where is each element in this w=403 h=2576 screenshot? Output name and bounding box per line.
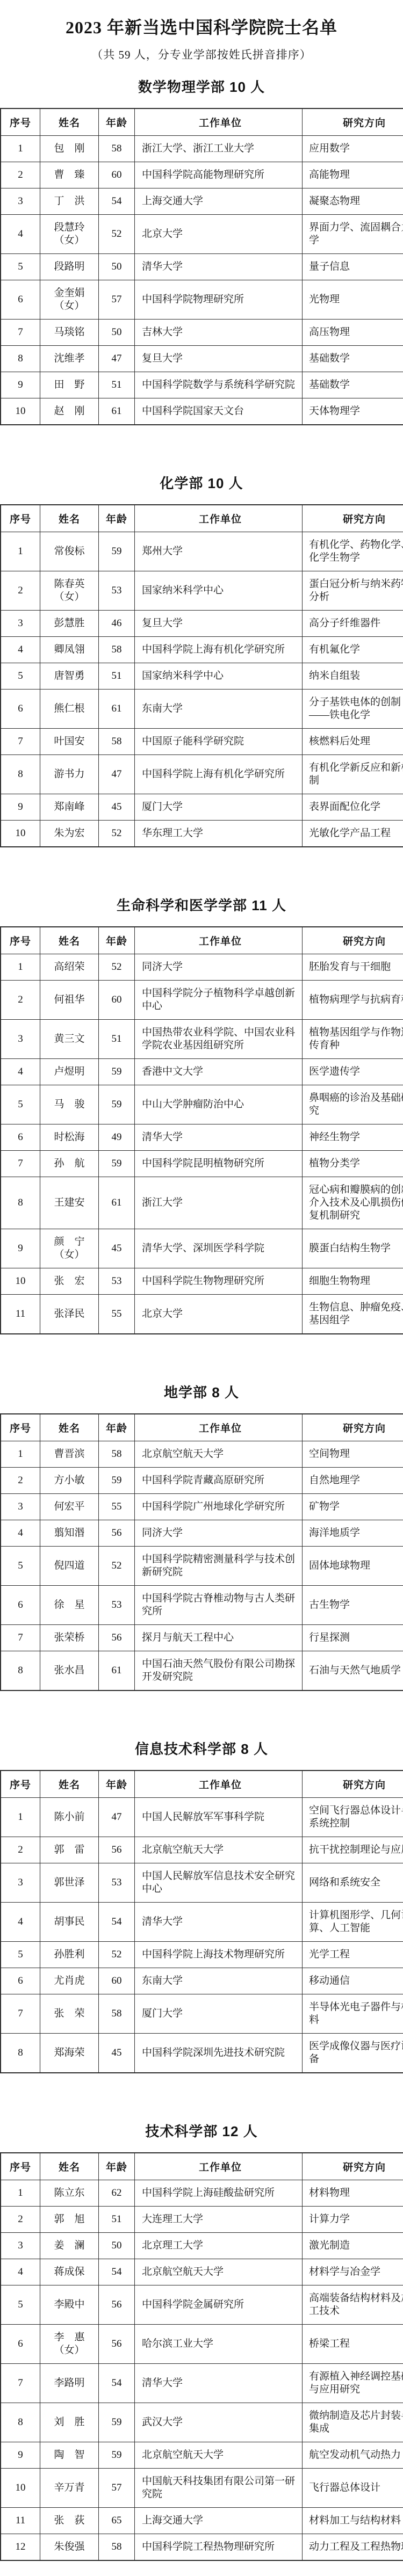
age-cell: 54 <box>99 188 135 215</box>
age-cell: 61 <box>99 1177 135 1229</box>
col-header-research: 研究方向 <box>303 108 403 136</box>
work-unit-cell: 华东理工大学 <box>135 821 303 847</box>
row-index-cell: 4 <box>1 637 40 663</box>
table-row: 5马 骏59中山大学肿瘤防治中心鼻咽癌的诊治及基础研究 <box>1 1085 403 1124</box>
research-field-cell: 医学遗传学 <box>303 1059 403 1085</box>
work-unit-cell: 上海交通大学 <box>135 188 303 215</box>
work-unit-cell: 清华大学 <box>135 2364 303 2403</box>
name-cell: 张泽民 <box>40 1295 99 1334</box>
table-row: 5孙胜利52中国科学院上海技术物理研究所光学工程 <box>1 1942 403 1968</box>
research-field-cell: 半导体光电子器件与材料 <box>303 1994 403 2034</box>
earth-sciences-table: 序号 姓名 年龄 工作单位 研究方向 1曹晋滨58北京航空航天大学空间物理2方小… <box>0 1413 403 1691</box>
name-cell: 赵 刚 <box>40 398 99 425</box>
table-row: 3姜 澜50北京理工大学激光制造 <box>1 2233 403 2259</box>
age-cell: 60 <box>99 162 135 188</box>
research-field-cell: 基础数学 <box>303 372 403 398</box>
header-row: 序号 姓名 年龄 工作单位 研究方向 <box>1 927 403 954</box>
name-cell: 蒋成保 <box>40 2259 99 2285</box>
research-field-cell: 材料学与冶金学 <box>303 2259 403 2285</box>
table-row: 11张泽民55北京大学生物信息、肿瘤免疫、基因组学 <box>1 1295 403 1334</box>
name-cell: 卿凤翎 <box>40 637 99 663</box>
work-unit-cell: 北京大学 <box>135 1295 303 1334</box>
name-cell: 辛万青 <box>40 2469 99 2508</box>
table-row: 5段路明50清华大学量子信息 <box>1 254 403 280</box>
research-field-cell: 计算机图形学、几何计算、人工智能 <box>303 1903 403 1942</box>
name-cell: 高绍荣 <box>40 954 99 981</box>
row-index-cell: 4 <box>1 2259 40 2285</box>
work-unit-cell: 中国科学院高能物理研究所 <box>135 162 303 188</box>
research-field-cell: 移动通信 <box>303 1968 403 1994</box>
research-field-cell: 表界面配位化学 <box>303 794 403 821</box>
table-row: 7李路明54清华大学有源植入神经调控基础与应用研究 <box>1 2364 403 2403</box>
age-cell: 52 <box>99 1547 135 1586</box>
row-index-cell: 2 <box>1 1468 40 1494</box>
research-field-cell: 膜蛋白结构生物学 <box>303 1229 403 1268</box>
row-index-cell: 8 <box>1 346 40 372</box>
age-cell: 60 <box>99 981 135 1020</box>
name-cell: 尤肖虎 <box>40 1968 99 1994</box>
row-index-cell: 9 <box>1 794 40 821</box>
research-field-cell: 矿物学 <box>303 1494 403 1520</box>
table-row: 7叶国安58中国原子能科学研究院核燃料后处理 <box>1 729 403 755</box>
table-row: 7孙 航59中国科学院昆明植物研究所植物分类学 <box>1 1151 403 1177</box>
col-header-age: 年龄 <box>99 1414 135 1441</box>
table-row: 11张 荻65上海交通大学材料加工与结构材料 <box>1 2508 403 2534</box>
work-unit-cell: 中国热带农业科学院、中国农业科学院农业基因组研究所 <box>135 1020 303 1059</box>
name-cell: 段慧玲 （女） <box>40 215 99 254</box>
work-unit-cell: 哈尔滨工业大学 <box>135 2325 303 2364</box>
work-unit-cell: 中国科学院生物物理研究所 <box>135 1268 303 1295</box>
age-cell: 54 <box>99 1903 135 1942</box>
row-index-cell: 3 <box>1 1494 40 1520</box>
col-header-name: 姓名 <box>40 927 99 954</box>
row-index-cell: 2 <box>1 571 40 611</box>
work-unit-cell: 北京大学 <box>135 215 303 254</box>
age-cell: 65 <box>99 2508 135 2534</box>
research-field-cell: 鼻咽癌的诊治及基础研究 <box>303 1085 403 1124</box>
age-cell: 61 <box>99 1651 135 1691</box>
research-field-cell: 生物信息、肿瘤免疫、基因组学 <box>303 1295 403 1334</box>
research-field-cell: 古生物学 <box>303 1586 403 1625</box>
table-row: 6徐 星53中国科学院古脊椎动物与古人类研究所古生物学 <box>1 1586 403 1625</box>
name-cell: 马琰铭 <box>40 320 99 346</box>
research-field-cell: 冠心病和瓣膜病的创新介入技术及心肌损伤修复机制研究 <box>303 1177 403 1229</box>
work-unit-cell: 中国科学院上海有机化学研究所 <box>135 637 303 663</box>
research-field-cell: 蛋白冠分析与纳米药物分析 <box>303 571 403 611</box>
name-cell: 徐 星 <box>40 1586 99 1625</box>
research-field-cell: 植物病理学与抗病育种 <box>303 981 403 1020</box>
row-index-cell: 4 <box>1 1903 40 1942</box>
table-row: 9陶 智59北京航空航天大学航空发动机气动热力 <box>1 2442 403 2469</box>
research-field-cell: 行星探测 <box>303 1625 403 1651</box>
age-cell: 52 <box>99 821 135 847</box>
row-index-cell: 7 <box>1 729 40 755</box>
row-index-cell: 5 <box>1 2285 40 2325</box>
table-row: 4翦知湣56同济大学海洋地质学 <box>1 1520 403 1547</box>
name-cell: 郭世泽 <box>40 1863 99 1903</box>
table-row: 8游书力47中国科学院上海有机化学研究所有机化学新反应和新机制 <box>1 755 403 794</box>
research-field-cell: 网络和系统安全 <box>303 1863 403 1903</box>
col-header-index: 序号 <box>1 2153 40 2180</box>
age-cell: 60 <box>99 1968 135 1994</box>
work-unit-cell: 中国科学院金属研究所 <box>135 2285 303 2325</box>
row-index-cell: 8 <box>1 1177 40 1229</box>
age-cell: 53 <box>99 1863 135 1903</box>
header-row: 序号 姓名 年龄 工作单位 研究方向 <box>1 2153 403 2180</box>
age-cell: 61 <box>99 398 135 425</box>
row-index-cell: 5 <box>1 254 40 280</box>
age-cell: 57 <box>99 280 135 320</box>
table-row: 1包 刚58浙江大学、浙江工业大学应用数学 <box>1 136 403 162</box>
table-row: 4段慧玲 （女）52北京大学界面力学、流固耦合力学 <box>1 215 403 254</box>
name-cell: 熊仁根 <box>40 690 99 729</box>
table-row: 1常俊标59郑州大学有机化学、药物化学、化学生物学 <box>1 532 403 571</box>
page-subtitle: （共 59 人，分专业学部按姓氏拼音排序） <box>0 46 403 62</box>
work-unit-cell: 国家纳米科学中心 <box>135 663 303 690</box>
row-index-cell: 1 <box>1 532 40 571</box>
name-cell: 郑南峰 <box>40 794 99 821</box>
col-header-research: 研究方向 <box>303 1414 403 1441</box>
name-cell: 彭慧胜 <box>40 611 99 637</box>
section-technical-sciences: 技术科学部 12 人 序号 姓名 年龄 工作单位 研究方向 1陈立东62中国科学… <box>0 2121 403 2561</box>
section-title-life-medicine: 生命科学和医学学部 11 人 <box>0 895 403 915</box>
row-index-cell: 6 <box>1 280 40 320</box>
research-field-cell: 有机化学新反应和新机制 <box>303 755 403 794</box>
age-cell: 52 <box>99 215 135 254</box>
row-index-cell: 2 <box>1 1837 40 1863</box>
work-unit-cell: 中国科学院数学与系统科学研究院 <box>135 372 303 398</box>
name-cell: 黄三文 <box>40 1020 99 1059</box>
research-field-cell: 量子信息 <box>303 254 403 280</box>
age-cell: 54 <box>99 2364 135 2403</box>
work-unit-cell: 中国科学院国家天文台 <box>135 398 303 425</box>
work-unit-cell: 清华大学 <box>135 1903 303 1942</box>
research-field-cell: 医学成像仪器与医疗设备 <box>303 2034 403 2073</box>
table-row: 10朱为宏52华东理工大学光敏化学产品工程 <box>1 821 403 847</box>
row-index-cell: 4 <box>1 1059 40 1085</box>
section-chemistry: 化学部 10 人 序号 姓名 年龄 工作单位 研究方向 1常俊标59郑州大学有机… <box>0 473 403 847</box>
work-unit-cell: 浙江大学、浙江工业大学 <box>135 136 303 162</box>
age-cell: 58 <box>99 729 135 755</box>
col-header-name: 姓名 <box>40 2153 99 2180</box>
research-field-cell: 光学工程 <box>303 1942 403 1968</box>
age-cell: 59 <box>99 1085 135 1124</box>
table-row: 9颜 宁 （女）45清华大学、深圳医学科学院膜蛋白结构生物学 <box>1 1229 403 1268</box>
section-life-medicine: 生命科学和医学学部 11 人 序号 姓名 年龄 工作单位 研究方向 1高绍荣52… <box>0 895 403 1334</box>
age-cell: 50 <box>99 2233 135 2259</box>
name-cell: 朱为宏 <box>40 821 99 847</box>
col-header-name: 姓名 <box>40 1770 99 1798</box>
header-row: 序号 姓名 年龄 工作单位 研究方向 <box>1 108 403 136</box>
age-cell: 45 <box>99 794 135 821</box>
header-row: 序号 姓名 年龄 工作单位 研究方向 <box>1 1414 403 1441</box>
name-cell: 叶国安 <box>40 729 99 755</box>
age-cell: 51 <box>99 663 135 690</box>
work-unit-cell: 吉林大学 <box>135 320 303 346</box>
row-index-cell: 6 <box>1 1968 40 1994</box>
name-cell: 田 野 <box>40 372 99 398</box>
table-row: 2陈春英 （女）53国家纳米科学中心蛋白冠分析与纳米药物分析 <box>1 571 403 611</box>
col-header-name: 姓名 <box>40 108 99 136</box>
name-cell: 李路明 <box>40 2364 99 2403</box>
research-field-cell: 神经生物学 <box>303 1124 403 1151</box>
col-header-research: 研究方向 <box>303 2153 403 2180</box>
table-row: 2郭 旭51大连理工大学计算力学 <box>1 2207 403 2233</box>
row-index-cell: 4 <box>1 215 40 254</box>
table-row: 10张 宏53中国科学院生物物理研究所细胞生物物理 <box>1 1268 403 1295</box>
name-cell: 陈春英 （女） <box>40 571 99 611</box>
age-cell: 47 <box>99 1798 135 1837</box>
row-index-cell: 6 <box>1 1586 40 1625</box>
row-index-cell: 12 <box>1 2534 40 2561</box>
name-cell: 王建安 <box>40 1177 99 1229</box>
row-index-cell: 9 <box>1 2442 40 2469</box>
table-row: 5唐智勇51国家纳米科学中心纳米自组装 <box>1 663 403 690</box>
col-header-name: 姓名 <box>40 505 99 532</box>
age-cell: 52 <box>99 1942 135 1968</box>
research-field-cell: 微纳制造及芯片封装与集成 <box>303 2403 403 2442</box>
research-field-cell: 高能物理 <box>303 162 403 188</box>
table-row: 10赵 刚61中国科学院国家天文台天体物理学 <box>1 398 403 425</box>
age-cell: 51 <box>99 1020 135 1059</box>
work-unit-cell: 中国科学院物理研究所 <box>135 280 303 320</box>
work-unit-cell: 复旦大学 <box>135 346 303 372</box>
col-header-name: 姓名 <box>40 1414 99 1441</box>
name-cell: 游书力 <box>40 755 99 794</box>
page-title: 2023 年新当选中国科学院院士名单 <box>0 14 403 39</box>
age-cell: 59 <box>99 1059 135 1085</box>
research-field-cell: 高分子纤维器件 <box>303 611 403 637</box>
name-cell: 李殿中 <box>40 2285 99 2325</box>
work-unit-cell: 中国科学院深圳先进技术研究院 <box>135 2034 303 2073</box>
row-index-cell: 1 <box>1 1798 40 1837</box>
research-field-cell: 计算力学 <box>303 2207 403 2233</box>
name-cell: 马 骏 <box>40 1085 99 1124</box>
row-index-cell: 7 <box>1 1994 40 2034</box>
name-cell: 曹 臻 <box>40 162 99 188</box>
table-row: 6熊仁根61东南大学分子基铁电体的创制——铁电化学 <box>1 690 403 729</box>
age-cell: 57 <box>99 2469 135 2508</box>
name-cell: 何宏平 <box>40 1494 99 1520</box>
chemistry-table: 序号 姓名 年龄 工作单位 研究方向 1常俊标59郑州大学有机化学、药物化学、化… <box>0 504 403 847</box>
age-cell: 45 <box>99 1229 135 1268</box>
row-index-cell: 5 <box>1 1085 40 1124</box>
age-cell: 56 <box>99 2325 135 2364</box>
age-cell: 55 <box>99 1494 135 1520</box>
table-row: 4卢煜明59香港中文大学医学遗传学 <box>1 1059 403 1085</box>
research-field-cell: 分子基铁电体的创制——铁电化学 <box>303 690 403 729</box>
table-row: 9田 野51中国科学院数学与系统科学研究院基础数学 <box>1 372 403 398</box>
col-header-research: 研究方向 <box>303 505 403 532</box>
table-row: 4蒋成保54北京航空航天大学材料学与冶金学 <box>1 2259 403 2285</box>
col-header-age: 年龄 <box>99 927 135 954</box>
row-index-cell: 6 <box>1 1124 40 1151</box>
research-field-cell: 激光制造 <box>303 2233 403 2259</box>
work-unit-cell: 中山大学肿瘤防治中心 <box>135 1085 303 1124</box>
row-index-cell: 8 <box>1 2034 40 2073</box>
research-field-cell: 光物理 <box>303 280 403 320</box>
math-physics-table: 序号 姓名 年龄 工作单位 研究方向 1包 刚58浙江大学、浙江工业大学应用数学… <box>0 108 403 425</box>
col-header-index: 序号 <box>1 505 40 532</box>
name-cell: 朱俊强 <box>40 2534 99 2561</box>
section-title-chemistry: 化学部 10 人 <box>0 473 403 492</box>
work-unit-cell: 中国科学院广州地球化学研究所 <box>135 1494 303 1520</box>
name-cell: 翦知湣 <box>40 1520 99 1547</box>
work-unit-cell: 清华大学 <box>135 1124 303 1151</box>
name-cell: 段路明 <box>40 254 99 280</box>
research-field-cell: 有机化学、药物化学、化学生物学 <box>303 532 403 571</box>
row-index-cell: 4 <box>1 1520 40 1547</box>
work-unit-cell: 中国航天科技集团有限公司第一研究院 <box>135 2469 303 2508</box>
age-cell: 56 <box>99 1837 135 1863</box>
col-header-workunit: 工作单位 <box>135 927 303 954</box>
research-field-cell: 有机氟化学 <box>303 637 403 663</box>
col-header-age: 年龄 <box>99 108 135 136</box>
row-index-cell: 3 <box>1 188 40 215</box>
work-unit-cell: 中国科学院古脊椎动物与古人类研究所 <box>135 1586 303 1625</box>
age-cell: 54 <box>99 2259 135 2285</box>
age-cell: 52 <box>99 954 135 981</box>
work-unit-cell: 中国科学院分子植物科学卓越创新中心 <box>135 981 303 1020</box>
section-title-technical-sciences: 技术科学部 12 人 <box>0 2121 403 2140</box>
age-cell: 46 <box>99 611 135 637</box>
table-row: 2郭 雷56北京航空航天大学抗干扰控制理论与应用 <box>1 1837 403 1863</box>
age-cell: 58 <box>99 2534 135 2561</box>
row-index-cell: 8 <box>1 755 40 794</box>
age-cell: 61 <box>99 690 135 729</box>
name-cell: 郭 雷 <box>40 1837 99 1863</box>
name-cell: 张荣桥 <box>40 1625 99 1651</box>
research-field-cell: 高压物理 <box>303 320 403 346</box>
name-cell: 金奎娟 （女） <box>40 280 99 320</box>
row-index-cell: 3 <box>1 611 40 637</box>
name-cell: 何祖华 <box>40 981 99 1020</box>
age-cell: 49 <box>99 1124 135 1151</box>
age-cell: 51 <box>99 2207 135 2233</box>
age-cell: 56 <box>99 2285 135 2325</box>
work-unit-cell: 郑州大学 <box>135 532 303 571</box>
table-row: 3黄三文51中国热带农业科学院、中国农业科学院农业基因组研究所植物基因组学与作物… <box>1 1020 403 1059</box>
name-cell: 胡事民 <box>40 1903 99 1942</box>
work-unit-cell: 中国科学院工程热物理研究所 <box>135 2534 303 2561</box>
work-unit-cell: 清华大学 <box>135 254 303 280</box>
research-field-cell: 抗干扰控制理论与应用 <box>303 1837 403 1863</box>
table-row: 8王建安61浙江大学冠心病和瓣膜病的创新介入技术及心肌损伤修复机制研究 <box>1 1177 403 1229</box>
work-unit-cell: 厦门大学 <box>135 794 303 821</box>
col-header-index: 序号 <box>1 927 40 954</box>
row-index-cell: 1 <box>1 1441 40 1468</box>
name-cell: 陈小前 <box>40 1798 99 1837</box>
work-unit-cell: 香港中文大学 <box>135 1059 303 1085</box>
name-cell: 刘 胜 <box>40 2403 99 2442</box>
table-row: 2何祖华60中国科学院分子植物科学卓越创新中心植物病理学与抗病育种 <box>1 981 403 1020</box>
table-row: 1陈立东62中国科学院上海硅酸盐研究所材料物理 <box>1 2180 403 2207</box>
name-cell: 卢煜明 <box>40 1059 99 1085</box>
table-row: 3何宏平55中国科学院广州地球化学研究所矿物学 <box>1 1494 403 1520</box>
table-row: 8刘 胜59武汉大学微纳制造及芯片封装与集成 <box>1 2403 403 2442</box>
work-unit-cell: 国家纳米科学中心 <box>135 571 303 611</box>
row-index-cell: 8 <box>1 2403 40 2442</box>
row-index-cell: 1 <box>1 2180 40 2207</box>
research-field-cell: 航空发动机气动热力 <box>303 2442 403 2469</box>
row-index-cell: 5 <box>1 1942 40 1968</box>
table-row: 10辛万青57中国航天科技集团有限公司第一研究院飞行器总体设计 <box>1 2469 403 2508</box>
col-header-index: 序号 <box>1 1770 40 1798</box>
row-index-cell: 7 <box>1 2364 40 2403</box>
work-unit-cell: 中国科学院精密测量科学与技术创新研究院 <box>135 1547 303 1586</box>
row-index-cell: 3 <box>1 2233 40 2259</box>
work-unit-cell: 复旦大学 <box>135 611 303 637</box>
name-cell: 郑海荣 <box>40 2034 99 2073</box>
age-cell: 50 <box>99 320 135 346</box>
work-unit-cell: 中国科学院青藏高原研究所 <box>135 1468 303 1494</box>
work-unit-cell: 中国石油天然气股份有限公司勘探开发研究院 <box>135 1651 303 1691</box>
work-unit-cell: 中国科学院昆明植物研究所 <box>135 1151 303 1177</box>
col-header-age: 年龄 <box>99 505 135 532</box>
age-cell: 47 <box>99 346 135 372</box>
section-title-math-physics: 数学物理学部 10 人 <box>0 76 403 96</box>
name-cell: 常俊标 <box>40 532 99 571</box>
research-field-cell: 动力工程及工程热物理 <box>303 2534 403 2561</box>
research-field-cell: 海洋地质学 <box>303 1520 403 1547</box>
research-field-cell: 凝聚态物理 <box>303 188 403 215</box>
table-row: 3郭世泽53中国人民解放军信息技术安全研究中心网络和系统安全 <box>1 1863 403 1903</box>
table-row: 6李 惠 （女）56哈尔滨工业大学桥梁工程 <box>1 2325 403 2364</box>
age-cell: 56 <box>99 1625 135 1651</box>
research-field-cell: 有源植入神经调控基础与应用研究 <box>303 2364 403 2403</box>
research-field-cell: 基础数学 <box>303 346 403 372</box>
row-index-cell: 11 <box>1 2508 40 2534</box>
table-row: 7张荣桥56探月与航天工程中心行星探测 <box>1 1625 403 1651</box>
name-cell: 方小敏 <box>40 1468 99 1494</box>
row-index-cell: 2 <box>1 162 40 188</box>
name-cell: 张 荻 <box>40 2508 99 2534</box>
work-unit-cell: 中国原子能科学研究院 <box>135 729 303 755</box>
work-unit-cell: 清华大学、深圳医学科学院 <box>135 1229 303 1268</box>
name-cell: 沈维孝 <box>40 346 99 372</box>
research-field-cell: 植物基因组学与作物遗传育种 <box>303 1020 403 1059</box>
table-row: 7马琰铭50吉林大学高压物理 <box>1 320 403 346</box>
research-field-cell: 空间飞行器总体设计与系统控制 <box>303 1798 403 1837</box>
research-field-cell: 材料加工与结构材料 <box>303 2508 403 2534</box>
table-row: 8张水昌61中国石油天然气股份有限公司勘探开发研究院石油与天然气地质学 <box>1 1651 403 1691</box>
name-cell: 张 宏 <box>40 1268 99 1295</box>
work-unit-cell: 中国人民解放军军事科学院 <box>135 1798 303 1837</box>
research-field-cell: 桥梁工程 <box>303 2325 403 2364</box>
table-row: 6金奎娟 （女）57中国科学院物理研究所光物理 <box>1 280 403 320</box>
life-medicine-table: 序号 姓名 年龄 工作单位 研究方向 1高绍荣52同济大学胚胎发育与干细胞2何祖… <box>0 926 403 1334</box>
work-unit-cell: 中国科学院上海硅酸盐研究所 <box>135 2180 303 2207</box>
age-cell: 62 <box>99 2180 135 2207</box>
table-row: 1曹晋滨58北京航空航天大学空间物理 <box>1 1441 403 1468</box>
age-cell: 58 <box>99 1441 135 1468</box>
research-field-cell: 石油与天然气地质学 <box>303 1651 403 1691</box>
work-unit-cell: 武汉大学 <box>135 2403 303 2442</box>
row-index-cell: 10 <box>1 2469 40 2508</box>
table-row: 6尤肖虎60东南大学移动通信 <box>1 1968 403 1994</box>
name-cell: 孙胜利 <box>40 1942 99 1968</box>
row-index-cell: 1 <box>1 136 40 162</box>
research-field-cell: 天体物理学 <box>303 398 403 425</box>
research-field-cell: 界面力学、流固耦合力学 <box>303 215 403 254</box>
research-field-cell: 植物分类学 <box>303 1151 403 1177</box>
age-cell: 55 <box>99 1295 135 1334</box>
age-cell: 58 <box>99 1994 135 2034</box>
work-unit-cell: 北京航空航天大学 <box>135 2259 303 2285</box>
table-row: 9郑南峰45厦门大学表界面配位化学 <box>1 794 403 821</box>
research-field-cell: 核燃料后处理 <box>303 729 403 755</box>
row-index-cell: 5 <box>1 1547 40 1586</box>
